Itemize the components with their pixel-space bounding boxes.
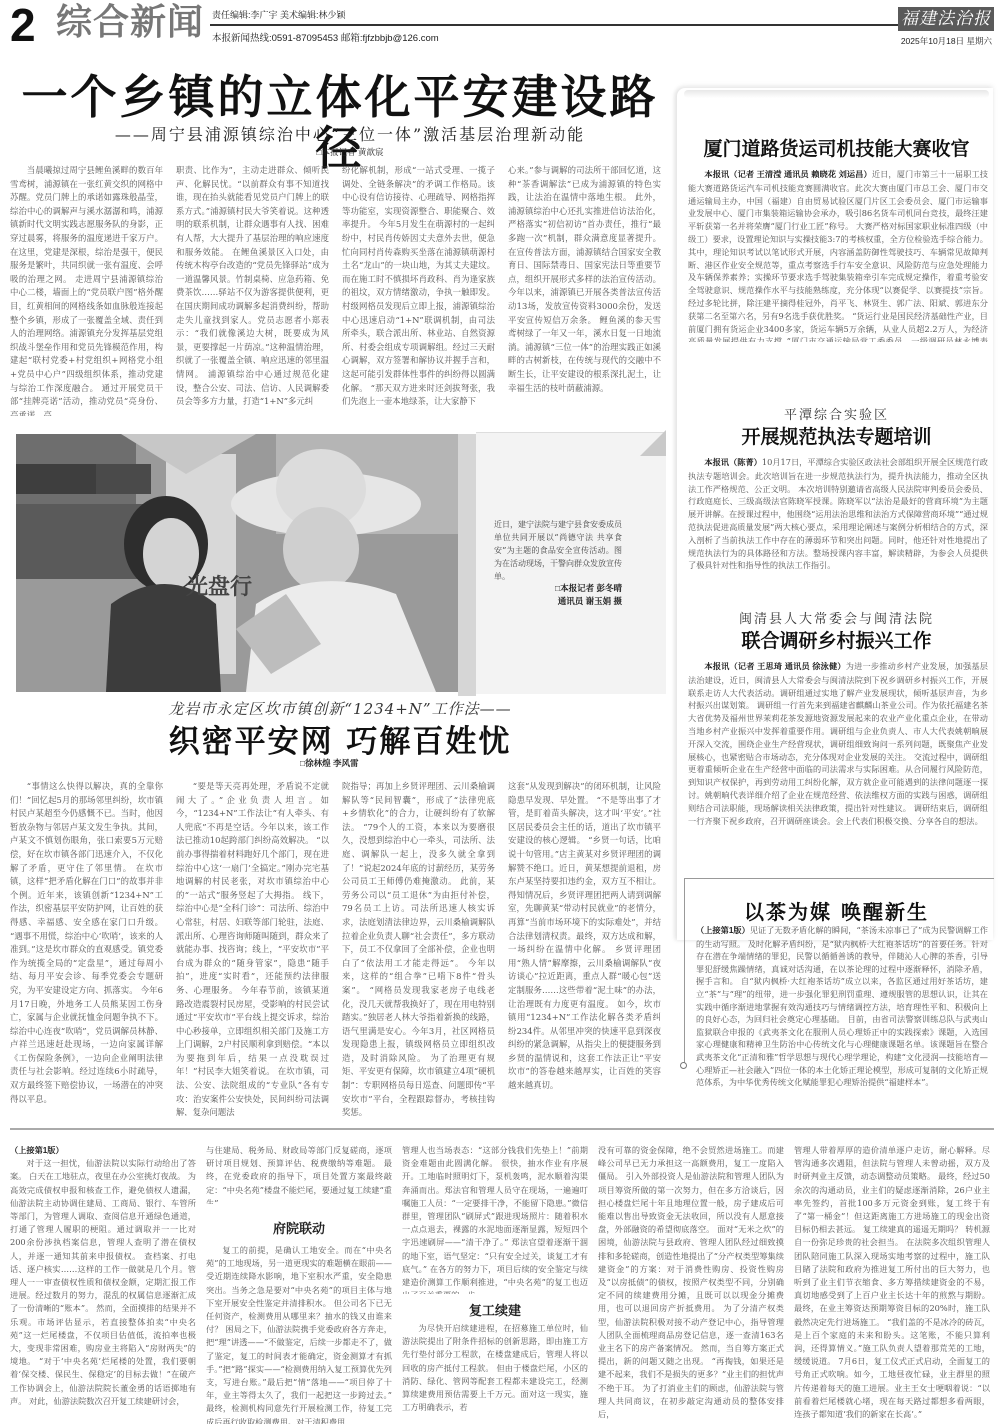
sidebar-article-3-title: 联合调研乡村振兴工作 — [684, 626, 989, 653]
bottom-column-2a: 与住建局、税务局、财政局等部门反复磋商，逐项研讨项目规划、预算评估、税费缴纳等难… — [206, 1144, 392, 1204]
second-column-1: “事情这么快得以解决，真的全靠你们！”回忆起5月的那场邻里纠纷，坎市镇村民卢某超… — [10, 780, 163, 1116]
subheading-fugong-xujian: 复工续建 — [402, 1300, 588, 1319]
bottom-section-rule — [10, 1128, 994, 1130]
second-column-3: 院指导；再加上乡贤评理团、云川桑榆调解队等“民间智囊”，形成了“法律兜底+乡情软… — [342, 780, 495, 1116]
photo-frame-edge — [458, 434, 476, 696]
contact-line: 本报新闻热线:0591-87095453 邮箱:fjfzbbjb@126.com — [212, 30, 439, 44]
tea-article-body: （上接第1版）见证了无数矛盾化解的瞬间，“茶汤未凉事已了”成为民警调解工作的生动… — [696, 924, 988, 1108]
sidebar-top-rule — [684, 90, 989, 98]
editor-credits: 责任编辑:李广宇 美术编辑:林少颖 — [212, 8, 346, 21]
photo-caption: 近日，建宁法院与建宁县食安委成员单位共同开展以“尚德守法 共享食安”为主题的食品… — [494, 518, 622, 583]
second-column-2: “要是等天亮再处理，矛盾说不定就闹大了。”企业负责人坦言。如今，“1234+N”… — [176, 780, 329, 1116]
lead-subheadline: ——周宁县浦源镇综治中心“三位一体”激活基层治理新动能 — [80, 122, 620, 145]
bottom-column-1: （上接第1版） 对于这一担忧，仙游法院以实际行动给出了答案。 白天在工地驻点，夜… — [10, 1144, 196, 1424]
subheading-fuyuan-liandong: 府院联动 — [206, 1218, 392, 1237]
bottom-column-3a: 管理人也当场表态：“这部分钱我们先垫上！”前期资金难题由此圆满化解。 很快，抽水… — [402, 1144, 588, 1294]
news-photo: 光盘行 — [16, 434, 458, 692]
sidebar-article-3-kicker: 闽清县人大常委会与闽清法院 — [684, 608, 989, 627]
svg-text:光盘行: 光盘行 — [186, 574, 252, 600]
sidebar-article-1-title: 厦门道路货运司机技能大赛收官 — [684, 134, 989, 161]
sidebar-article-2-kicker: 平潭综合实验区 — [684, 404, 989, 423]
bottom-column-5: 管理人带着厚厚的造价清单逐户走访，耐心解释。尽管沟通多次遇阻，但法院与管理人未曾… — [794, 1144, 990, 1424]
lead-column-3: 纷化解机制，形成“一站式受理、一揽子调处、全链条解决”的矛调工作格局。该中心设有… — [342, 164, 495, 416]
bottom-column-2b: 复工的前提，是确认工地安全。而在“中央名苑”的工地现场，另一道更现实的难题横在眼… — [206, 1244, 392, 1424]
second-column-4: 这套“从发现到解决”的闭环机制，让风险隐患早发现、早处置。 “不是等出事了才管，… — [508, 780, 661, 1116]
sidebar-article-2-title: 开展规范执法专题培训 — [684, 422, 989, 449]
sidebar-article-1-body: 本报讯（记者 王清滢 通讯员 赖晓花 刘运昌）近日，厦门市第三十一届职工技能大赛… — [688, 168, 988, 342]
photo-illustration: 光盘行 — [16, 434, 458, 692]
page-number: 2 — [10, 2, 36, 48]
lead-column-1: 当晨曦掠过周宁县鲤鱼溪畔的数百年雪鸢树，浦源镇在一张红黄交织的网格中苏醒。党员门… — [10, 164, 163, 416]
sidebar-article-2-body: 本报讯（陈菁）10月17日，平潭综合实验区政法社会部组织开展全区规范行政执法专题… — [688, 456, 988, 570]
lead-column-4: 心来。”参与调解的司法所干部回忆道，这种“茶香调解法”已成为浦源镇的特色实践，让… — [508, 164, 661, 416]
section-name: 综合新闻 — [56, 4, 204, 40]
photo-credit: □本报记者 彭冬晴 通讯员 谢玉娟 摄 — [494, 582, 622, 608]
bottom-column-3b: 为尽快开启续建进程，在招募施工单位时，仙游法院提出了附条件招标的创新思路，即由施… — [402, 1322, 588, 1424]
second-article-byline: □徐林煌 李风雷 — [300, 757, 420, 769]
newspaper-logo: 福建法治报 — [898, 7, 994, 31]
page-curl-decoration — [640, 430, 666, 456]
second-article-headline: 织密平安网 巧解百姓忧 — [60, 716, 620, 761]
tea-article-title: 以茶为媒 唤醒新生 — [684, 896, 989, 925]
bottom-column-4: 没有可靠的资金保障，绝不会贸然进场施工。而建峰公司早已无力承担这一高额费用，复工… — [598, 1144, 784, 1424]
sidebar-article-3-body: 本报讯（记者 王思琦 通讯员 徐泳健）为进一步推动乡村产业发展，加强基层法治建设… — [688, 660, 988, 840]
lead-byline: □本报记者 黄歆宸 — [150, 146, 550, 158]
frame-dot-decoration — [680, 1062, 687, 1069]
issue-date: 2025年10月18日 星期六 — [901, 35, 992, 47]
header-rule — [210, 24, 900, 26]
lead-column-2: 职责、比作为”，主动走进群众、倾听民声、化解民忧。“以前群众有事不知道找谁，现在… — [176, 164, 329, 416]
